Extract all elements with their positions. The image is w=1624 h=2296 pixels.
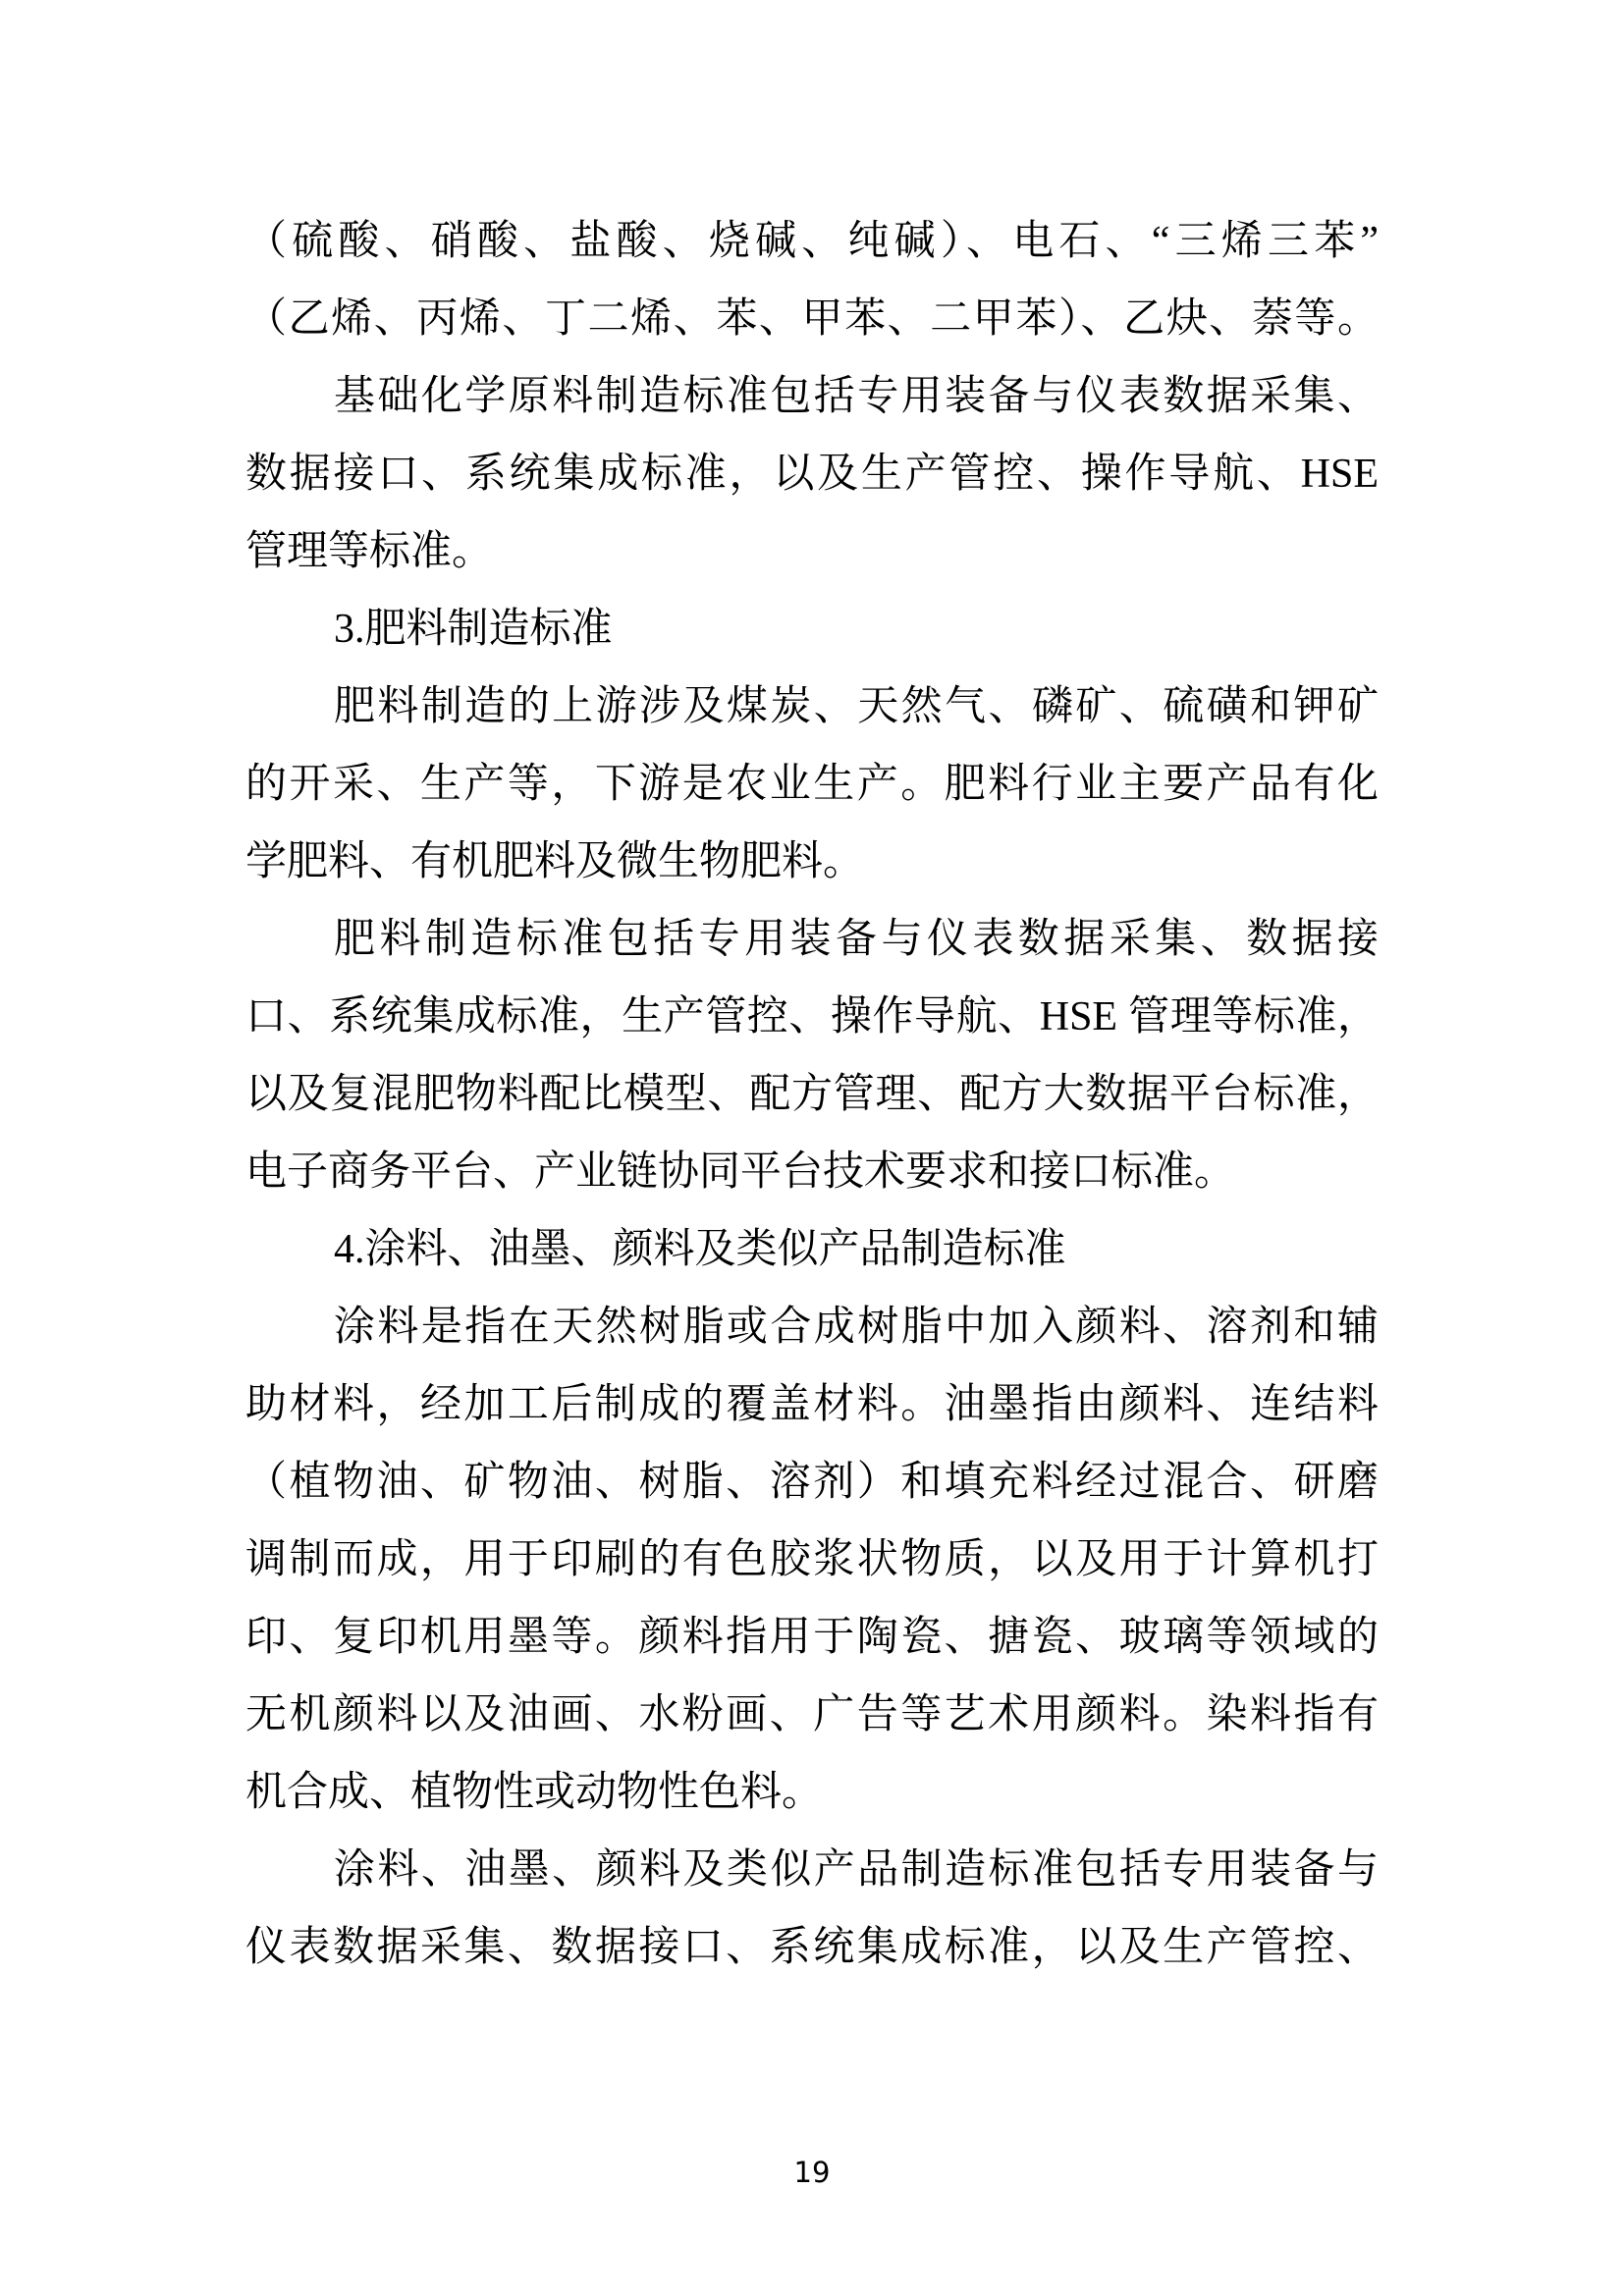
text-line: 涂料、油墨、颜料及类似产品制造标准包括专用装备与 [245,1832,1379,1909]
text-line: （硫酸、硝酸、盐酸、烧碱、纯碱）、电石、“三烯三苯” [245,203,1379,281]
document-body: （硫酸、硝酸、盐酸、烧碱、纯碱）、电石、“三烯三苯”（乙烯、丙烯、丁二烯、苯、甲… [245,203,1379,1987]
text-line: （植物油、矿物油、树脂、溶剂）和填充料经过混合、研磨 [245,1444,1379,1522]
text-line: （乙烯、丙烯、丁二烯、苯、甲苯、二甲苯）、乙炔、萘等。 [245,281,1379,358]
text-line: 仪表数据采集、数据接口、系统集成标准，以及生产管控、 [245,1909,1379,1987]
text-line: 无机颜料以及油画、水粉画、广告等艺术用颜料。染料指有 [245,1677,1379,1754]
text-line: 数据接口、系统集成标准，以及生产管控、操作导航、HSE [245,436,1379,513]
text-line: 肥料制造的上游涉及煤炭、天然气、磷矿、硫磺和钾矿 [245,668,1379,746]
text-line: 肥料制造标准包括专用装备与仪表数据采集、数据接 [245,901,1379,979]
text-line: 印、复印机用墨等。颜料指用于陶瓷、搪瓷、玻璃等领域的 [245,1599,1379,1677]
text-line: 以及复混肥物料配比模型、配方管理、配方大数据平台标准， [245,1056,1379,1134]
page-footer: 19 [0,2156,1624,2189]
text-line: 机合成、植物性或动物性色料。 [245,1754,1379,1832]
text-line: 涂料是指在天然树脂或合成树脂中加入颜料、溶剂和辅 [245,1289,1379,1366]
text-line: 3.肥料制造标准 [245,591,1379,668]
text-line: 口、系统集成标准，生产管控、操作导航、HSE 管理等标准， [245,979,1379,1056]
document-page: （硫酸、硝酸、盐酸、烧碱、纯碱）、电石、“三烯三苯”（乙烯、丙烯、丁二烯、苯、甲… [0,0,1624,2296]
text-line: 学肥料、有机肥料及微生物肥料。 [245,824,1379,901]
text-line: 管理等标准。 [245,513,1379,591]
text-line: 的开采、生产等，下游是农业生产。肥料行业主要产品有化 [245,746,1379,824]
text-line: 4.涂料、油墨、颜料及类似产品制造标准 [245,1211,1379,1289]
text-line: 电子商务平台、产业链协同平台技术要求和接口标准。 [245,1134,1379,1211]
page-number: 19 [794,2156,831,2189]
text-line: 基础化学原料制造标准包括专用装备与仪表数据采集、 [245,358,1379,436]
text-line: 助材料，经加工后制成的覆盖材料。油墨指由颜料、连结料 [245,1366,1379,1444]
text-line: 调制而成，用于印刷的有色胶浆状物质，以及用于计算机打 [245,1522,1379,1599]
